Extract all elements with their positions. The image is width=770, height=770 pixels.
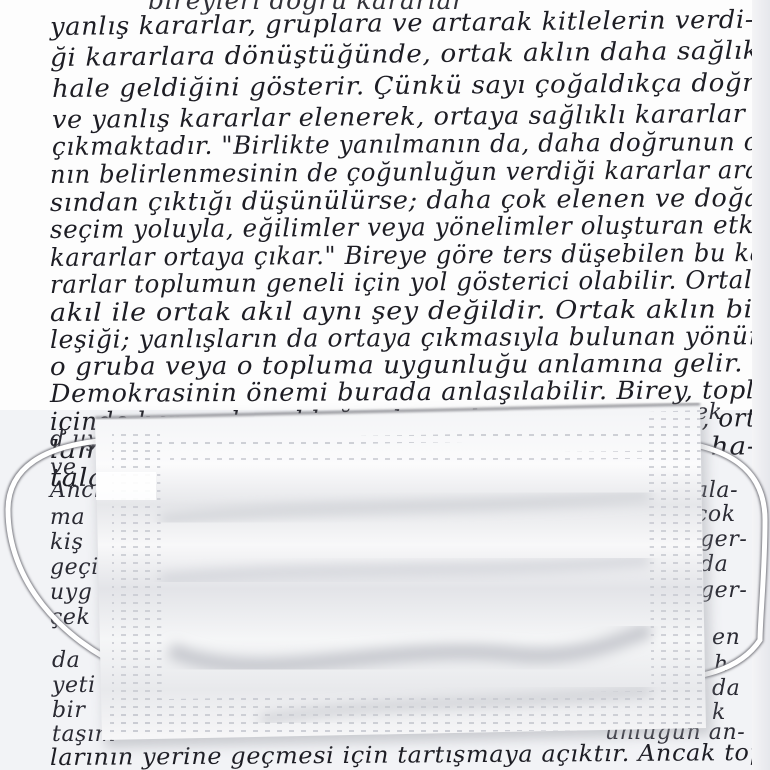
text-fragment-right: da bbox=[700, 552, 728, 577]
text-fragment-right: h bbox=[714, 652, 729, 677]
text-fragment-left: d uy bbox=[50, 427, 100, 452]
text-fragment-right: en bbox=[712, 625, 740, 650]
text-line: yanlış kararlar, gruplara ve artarak kit… bbox=[50, 5, 752, 41]
text-line: hale geldiğini gösterir. Çünkü sayı çoğa… bbox=[52, 68, 752, 103]
text-fragment-right: ger- bbox=[700, 578, 747, 603]
text-fragment-left: Ancl bbox=[50, 478, 102, 503]
text-line: ği kararlara dönüştüğünde, ortak aklın d… bbox=[50, 35, 752, 72]
text-fragment-left: ma bbox=[50, 505, 85, 530]
scanner-edge bbox=[752, 0, 770, 770]
text-fragment-left: yeti bbox=[52, 673, 96, 698]
text-fragment-left: taşım bbox=[52, 722, 116, 747]
text-fragment-left: bir bbox=[52, 698, 85, 723]
text-line: larının yerine geçmesi için tartışmaya a… bbox=[50, 739, 770, 770]
text-line: lama aklın kararına benzer. Fakat ortak … bbox=[50, 431, 752, 464]
text-line: talarını ve uçlardaki dar... bbox=[50, 461, 429, 492]
handwritten-page: bireyleri doğru kararlar yanlış kararlar… bbox=[0, 0, 752, 770]
text-fragment-right: ger- bbox=[700, 527, 747, 552]
text-fragment-left: kiş bbox=[50, 530, 83, 555]
text-fragment-left: çek bbox=[50, 605, 90, 630]
text-fragment-right: da bbox=[712, 676, 740, 701]
text-line: rarlar toplumun geneli için yol gösteric… bbox=[50, 265, 752, 299]
text-fragment-right: ek bbox=[695, 400, 723, 425]
text-fragment-left: geçi bbox=[50, 555, 99, 580]
text-fragment-left: uyg bbox=[50, 580, 92, 605]
text-fragment-right: çok bbox=[695, 502, 736, 527]
text-fragment-left: da bbox=[52, 648, 80, 673]
text-fragment-left: ve bbox=[50, 455, 77, 480]
text-fragment-right: ala- bbox=[695, 478, 738, 503]
